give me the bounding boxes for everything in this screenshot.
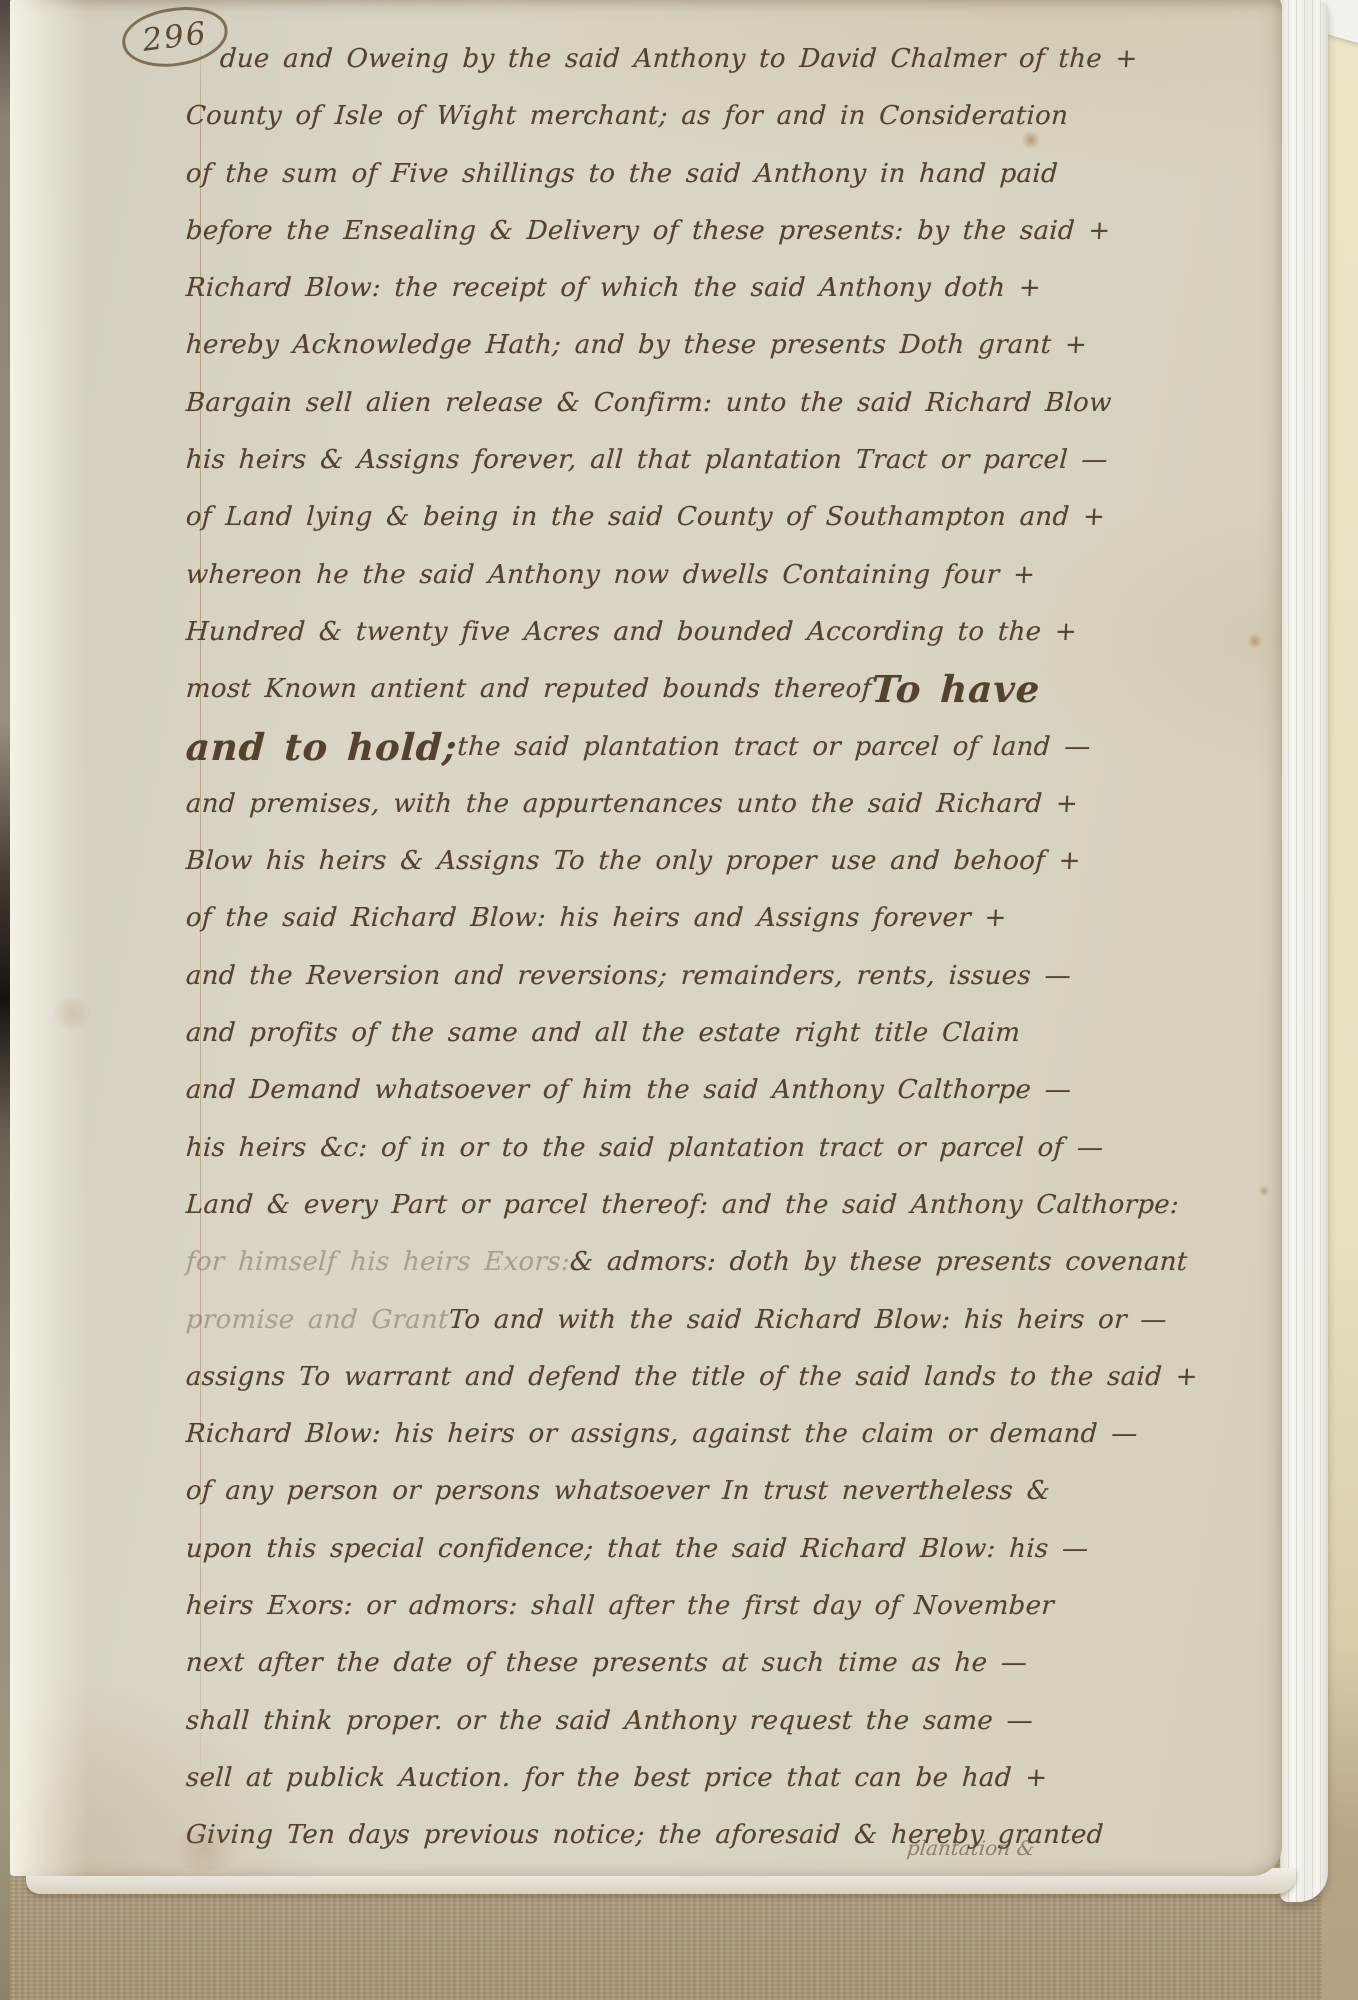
manuscript-line: shall think proper. or the said Anthony … <box>184 1692 1273 1749</box>
stain <box>50 996 94 1030</box>
manuscript-line: his heirs &c: of in or to the said plant… <box>184 1119 1273 1176</box>
book-spine-edge <box>0 0 10 2000</box>
manuscript-segment: of the said Richard Blow: his heirs and … <box>185 903 1007 933</box>
manuscript-segment: sell at publick Auction. for the best pr… <box>185 1763 1048 1793</box>
manuscript-segment: Land & every Part or parcel thereof: and… <box>185 1190 1180 1220</box>
book-photo: 296 due and Oweing by the said Anthony t… <box>0 0 1358 2000</box>
manuscript-line: Richard Blow: his heirs or assigns, agai… <box>184 1405 1273 1462</box>
manuscript-segment: his heirs &c: of in or to the said plant… <box>185 1132 1104 1162</box>
manuscript-segment: Blow his heirs & Assigns To the only pro… <box>185 846 1081 876</box>
foxing-spot <box>1246 634 1264 648</box>
catchword: plantation & <box>905 1836 1035 1860</box>
manuscript-line: and premises, with the appurtenances unt… <box>184 775 1273 832</box>
manuscript-line: whereon he the said Anthony now dwells C… <box>184 546 1273 603</box>
manuscript-line: next after the date of these presents at… <box>184 1634 1273 1691</box>
manuscript-segment: of any person or persons whatsoever In t… <box>185 1476 1051 1506</box>
manuscript-segment: before the Ensealing & Delivery of these… <box>185 216 1111 246</box>
stacked-page-edges <box>1280 0 1328 1902</box>
manuscript-line: assigns To warrant and defend the title … <box>184 1348 1273 1405</box>
manuscript-segment: and the Reversion and reversions; remain… <box>185 960 1072 990</box>
manuscript-line: of any person or persons whatsoever In t… <box>184 1462 1273 1519</box>
manuscript-line: most Known antient and reputed bounds th… <box>184 660 1273 717</box>
manuscript-segment: for himself his heirs Exors: <box>185 1247 571 1277</box>
manuscript-line: Richard Blow: the receipt of which the s… <box>184 259 1273 316</box>
manuscript-segment: shall think proper. or the said Anthony … <box>185 1705 1034 1735</box>
manuscript-line: Blow his heirs & Assigns To the only pro… <box>184 832 1273 889</box>
manuscript-page: 296 due and Oweing by the said Anthony t… <box>10 0 1282 1876</box>
manuscript-line: for himself his heirs Exors: & admors: d… <box>184 1233 1273 1290</box>
manuscript-segment: upon this special confidence; that the s… <box>185 1533 1089 1563</box>
manuscript-segment: Bargain sell alien release & Confirm: un… <box>185 387 1112 417</box>
manuscript-segment: and profits of the same and all the esta… <box>185 1018 1021 1048</box>
manuscript-line: Giving Ten days previous notice; the afo… <box>184 1806 1273 1863</box>
manuscript-line: Bargain sell alien release & Confirm: un… <box>184 374 1273 431</box>
manuscript-segment: due and Oweing by the said Anthony to Da… <box>219 44 1138 74</box>
manuscript-line: of Land lying & being in the said County… <box>184 488 1273 545</box>
manuscript-line: of the sum of Five shillings to the said… <box>184 145 1273 202</box>
manuscript-segment: Richard Blow: the receipt of which the s… <box>185 273 1042 303</box>
manuscript-line: and profits of the same and all the esta… <box>184 1004 1273 1061</box>
manuscript-segment: his heirs & Assigns forever, all that pl… <box>185 445 1108 475</box>
manuscript-line: upon this special confidence; that the s… <box>184 1520 1273 1577</box>
foxing-spot <box>1258 1186 1270 1196</box>
manuscript-segment: hereby Acknowledge Hath; and by these pr… <box>185 330 1088 360</box>
manuscript-segment: whereon he the said Anthony now dwells C… <box>185 559 1036 589</box>
manuscript-segment: and to hold; <box>185 724 459 768</box>
manuscript-line: and the Reversion and reversions; remain… <box>184 947 1273 1004</box>
manuscript-segment: the said plantation tract or parcel of l… <box>457 731 1092 761</box>
manuscript-segment: of Land lying & being in the said County… <box>185 502 1106 532</box>
manuscript-segment: assigns To warrant and defend the title … <box>185 1361 1198 1391</box>
manuscript-line: before the Ensealing & Delivery of these… <box>184 202 1273 259</box>
manuscript-segment: most Known antient and reputed bounds th… <box>185 674 872 704</box>
stain <box>160 1830 250 1870</box>
manuscript-line: and to hold; the said plantation tract o… <box>184 718 1273 775</box>
foxing-spot <box>1020 132 1042 148</box>
manuscript-segment: and Demand whatsoever of him the said An… <box>185 1075 1072 1105</box>
manuscript-line: of the said Richard Blow: his heirs and … <box>184 889 1273 946</box>
manuscript-segment: of the sum of Five shillings to the said… <box>185 158 1059 188</box>
manuscript-line: hereby Acknowledge Hath; and by these pr… <box>184 316 1273 373</box>
manuscript-line: his heirs & Assigns forever, all that pl… <box>184 431 1273 488</box>
manuscript-line: promise and Grant To and with the said R… <box>184 1291 1273 1348</box>
manuscript-line: heirs Exors: or admors: shall after the … <box>184 1577 1273 1634</box>
manuscript-line: sell at publick Auction. for the best pr… <box>184 1749 1273 1806</box>
manuscript-line: Hundred & twenty five Acres and bounded … <box>184 603 1273 660</box>
binding-gutter-shading <box>10 0 88 1876</box>
manuscript-segment: Richard Blow: his heirs or assigns, agai… <box>185 1419 1138 1449</box>
manuscript-line: and Demand whatsoever of him the said An… <box>184 1061 1273 1118</box>
manuscript-segment: and premises, with the appurtenances unt… <box>185 789 1079 819</box>
manuscript-segment: heirs Exors: or admors: shall after the … <box>185 1591 1055 1621</box>
manuscript-segment: promise and Grant <box>185 1304 449 1334</box>
manuscript-line: County of Isle of Wight merchant; as for… <box>184 87 1273 144</box>
manuscript-segment: County of Isle of Wight merchant; as for… <box>185 101 1069 131</box>
manuscript-text: due and Oweing by the said Anthony to Da… <box>186 30 1272 1864</box>
manuscript-line: Land & every Part or parcel thereof: and… <box>184 1176 1273 1233</box>
manuscript-line: due and Oweing by the said Anthony to Da… <box>184 30 1273 87</box>
manuscript-segment: Hundred & twenty five Acres and bounded … <box>185 617 1078 647</box>
manuscript-segment: & admors: doth by these presents covenan… <box>569 1247 1188 1277</box>
manuscript-segment: To and with the said Richard Blow: his h… <box>448 1304 1168 1334</box>
manuscript-segment: To have <box>870 667 1041 711</box>
manuscript-segment: next after the date of these presents at… <box>185 1648 1028 1678</box>
